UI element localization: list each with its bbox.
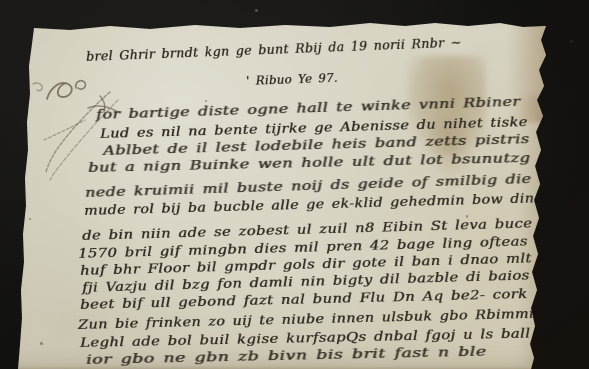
manuscript-page: brel Ghrir brndt kgn ge bunt Rbij da 19 … xyxy=(0,0,589,369)
dust-speck xyxy=(255,9,258,12)
manuscript-line: brel Ghrir brndt kgn ge bunt Rbij da 19 … xyxy=(86,36,462,65)
manuscript-text-block: brel Ghrir brndt kgn ge bunt Rbij da 19 … xyxy=(0,0,589,369)
manuscript-line: ' Ribuo Ye 97. xyxy=(246,71,338,88)
photo-background: brel Ghrir brndt kgn ge bunt Rbij da 19 … xyxy=(0,0,589,369)
dust-speck xyxy=(570,40,573,43)
